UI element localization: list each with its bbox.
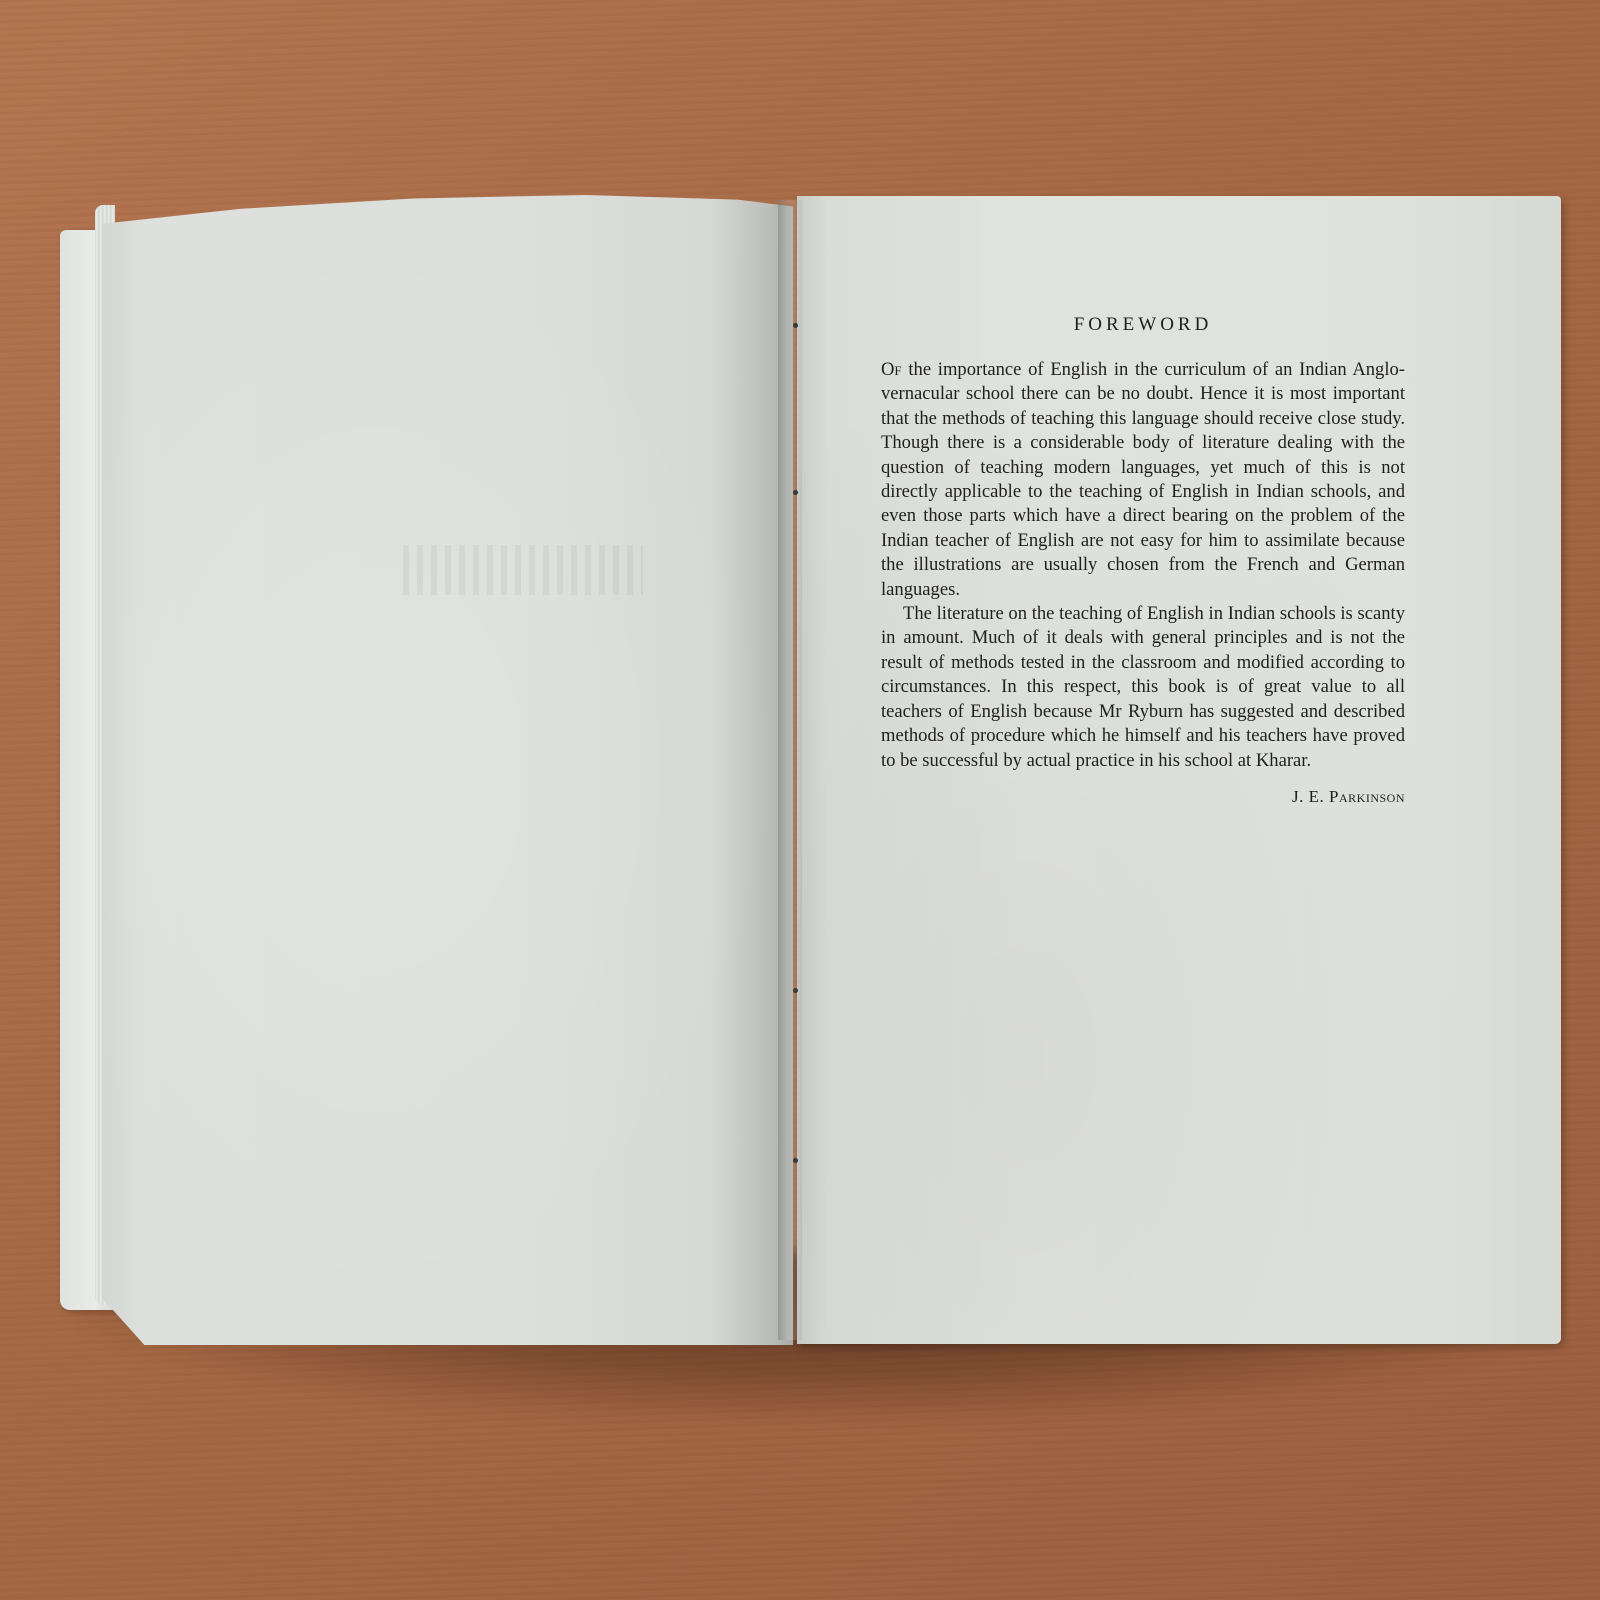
binding-stitch [793,1158,798,1163]
paragraph-lead-in: Of [881,359,902,380]
foreword-text-block: FOREWORD Of the importance of English in… [881,314,1405,807]
foreword-paragraph-2: The literature on the teaching of Englis… [881,602,1405,773]
foreword-paragraph-1: Of the importance of English in the curr… [881,358,1405,602]
right-page: FOREWORD Of the importance of English in… [797,196,1561,1344]
show-through-text [403,545,643,595]
left-page [103,195,793,1345]
binding-stitch [793,323,798,328]
book-gutter [778,200,802,1340]
paragraph-1-body: the importance of English in the curricu… [881,359,1405,600]
binding-stitch [793,988,798,993]
open-book: FOREWORD Of the importance of English in… [0,0,1600,1600]
author-signature: J. E. Parkinson [881,787,1405,807]
binding-stitch [793,490,798,495]
page-heading: FOREWORD [881,314,1405,336]
